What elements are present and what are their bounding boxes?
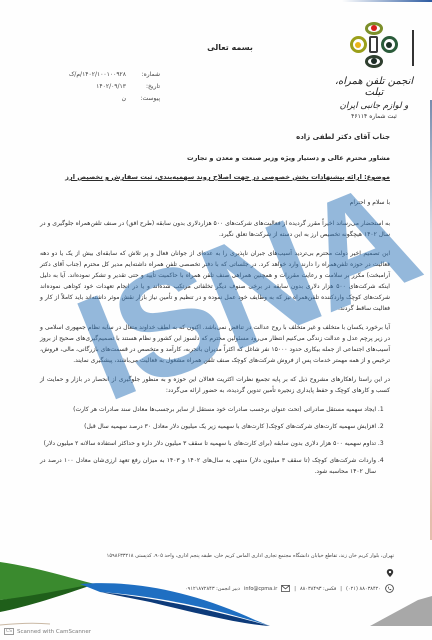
letter-date-row: تاریخ: ۱۴۰۲/۰۹/۱۳ [50, 80, 160, 92]
phone-icon [385, 584, 394, 593]
logo-mark-icon [344, 22, 404, 72]
recipient-title: مشاور محترم عالی و دستیار ویژه وزیر صنعت… [40, 153, 390, 164]
letter-body: جناب آقای دکتر لطفی زاده مشاور محترم عال… [40, 132, 390, 483]
footer-contact-line: ۸۸۰۳۸۴۲۰ (۰۲۱) | فکس: ۸۸۰۳۸۴۹۳ | info@cp… [185, 584, 394, 593]
proposal-item: تداوم سهمیه ۵۰۰ هزار دلاری بدون سابقه (ب… [40, 438, 376, 449]
proposal-list: ایجاد سهمیه مستقل صادراتی (تحت عنوان برج… [40, 404, 390, 477]
letter-page: انجمن تلفن همراه، تبلت و لوازم جانبی ایر… [0, 0, 432, 640]
camscanner-logo-icon: CS [4, 628, 14, 635]
proposal-item: افزایش سهمیه کارت‌های شرکت‌های کوچک( کار… [40, 421, 376, 432]
camscanner-label: Scanned with CamScanner [17, 629, 91, 635]
attachment-label: پیوست: [134, 95, 160, 102]
basmala-heading: بسمه تعالی [170, 43, 290, 52]
attachment-row: پیوست: ن [50, 92, 160, 104]
mobile-phone-icon [369, 36, 378, 53]
paragraph: در این راستا راهکارهای مشروح ذیل که بر پ… [40, 374, 390, 396]
org-name-line1: انجمن تلفن همراه، تبلت [334, 76, 414, 98]
footer-address-line [386, 569, 394, 577]
top-accent-stripe [342, 0, 432, 2]
footer-address-text: تهران، بلوار کریم خان زند، تقاطع خیابان … [107, 553, 394, 559]
proposal-item: واردات شرکت‌های کوچک (تا سقف ۳ میلیون دل… [40, 455, 376, 477]
proposal-item: ایجاد سهمیه مستقل صادراتی (تحت عنوان برج… [40, 404, 376, 415]
secretariat-phone: دبیر انجمن: ۰۹۱۲۱۸۷۲۸۴۳ [185, 586, 240, 592]
recipient-name: جناب آقای دکتر لطفی زاده [40, 132, 390, 143]
mail-icon [281, 585, 290, 592]
org-registration: ثبت شماره ۴۶۱۱۴ [334, 113, 414, 120]
phone-number: ۸۸۰۳۸۴۲۰ (۰۲۱) [346, 586, 381, 592]
letter-number-row: شماره: ۱۴۰۲/۱۰۰۱۰۰۹۲۸/م/ک [50, 68, 160, 80]
date-value: ۱۴۰۲/۰۹/۱۳ [96, 83, 126, 90]
fax-number: فکس: ۸۸۰۳۸۴۹۳ [300, 586, 336, 592]
letter-subject: موضوع: ارائه پیشنهادات بخش خصوصی در جهت … [40, 172, 390, 183]
organization-logo: انجمن تلفن همراه، تبلت و لوازم جانبی ایر… [334, 22, 414, 120]
paragraph: به استحضار می‌رساند اخیراً مقرر گردیده ا… [40, 218, 390, 240]
greeting: با سلام و احترام [40, 197, 390, 208]
number-label: شماره: [134, 71, 160, 78]
org-name-line2: و لوازم جانبی ایران [334, 101, 414, 111]
letter-footer: تهران، بلوار کریم خان زند، تقاطع خیابان … [0, 540, 432, 640]
paragraph: این تصمیم اخیر دولت محترم بی‌تردید آسیب‌… [40, 248, 390, 314]
letter-meta: شماره: ۱۴۰۲/۱۰۰۱۰۰۹۲۸/م/ک تاریخ: ۱۴۰۲/۰۹… [50, 68, 160, 104]
number-value: ۱۴۰۲/۱۰۰۱۰۰۹۲۸/م/ک [69, 71, 126, 78]
date-label: تاریخ: [134, 83, 160, 90]
logo-divider [412, 30, 414, 66]
attachment-value: ن [122, 95, 126, 102]
camscanner-stamp: CS Scanned with CamScanner [4, 628, 91, 635]
email-link[interactable]: info@cpma.ir [244, 586, 277, 592]
paragraph: آیا برخورد یکسان با متخلف و غیر متخلف با… [40, 322, 390, 366]
footer-registry: تهران، بلوار کریم خان زند، تقاطع خیابان … [107, 553, 394, 559]
location-pin-icon [386, 569, 394, 577]
